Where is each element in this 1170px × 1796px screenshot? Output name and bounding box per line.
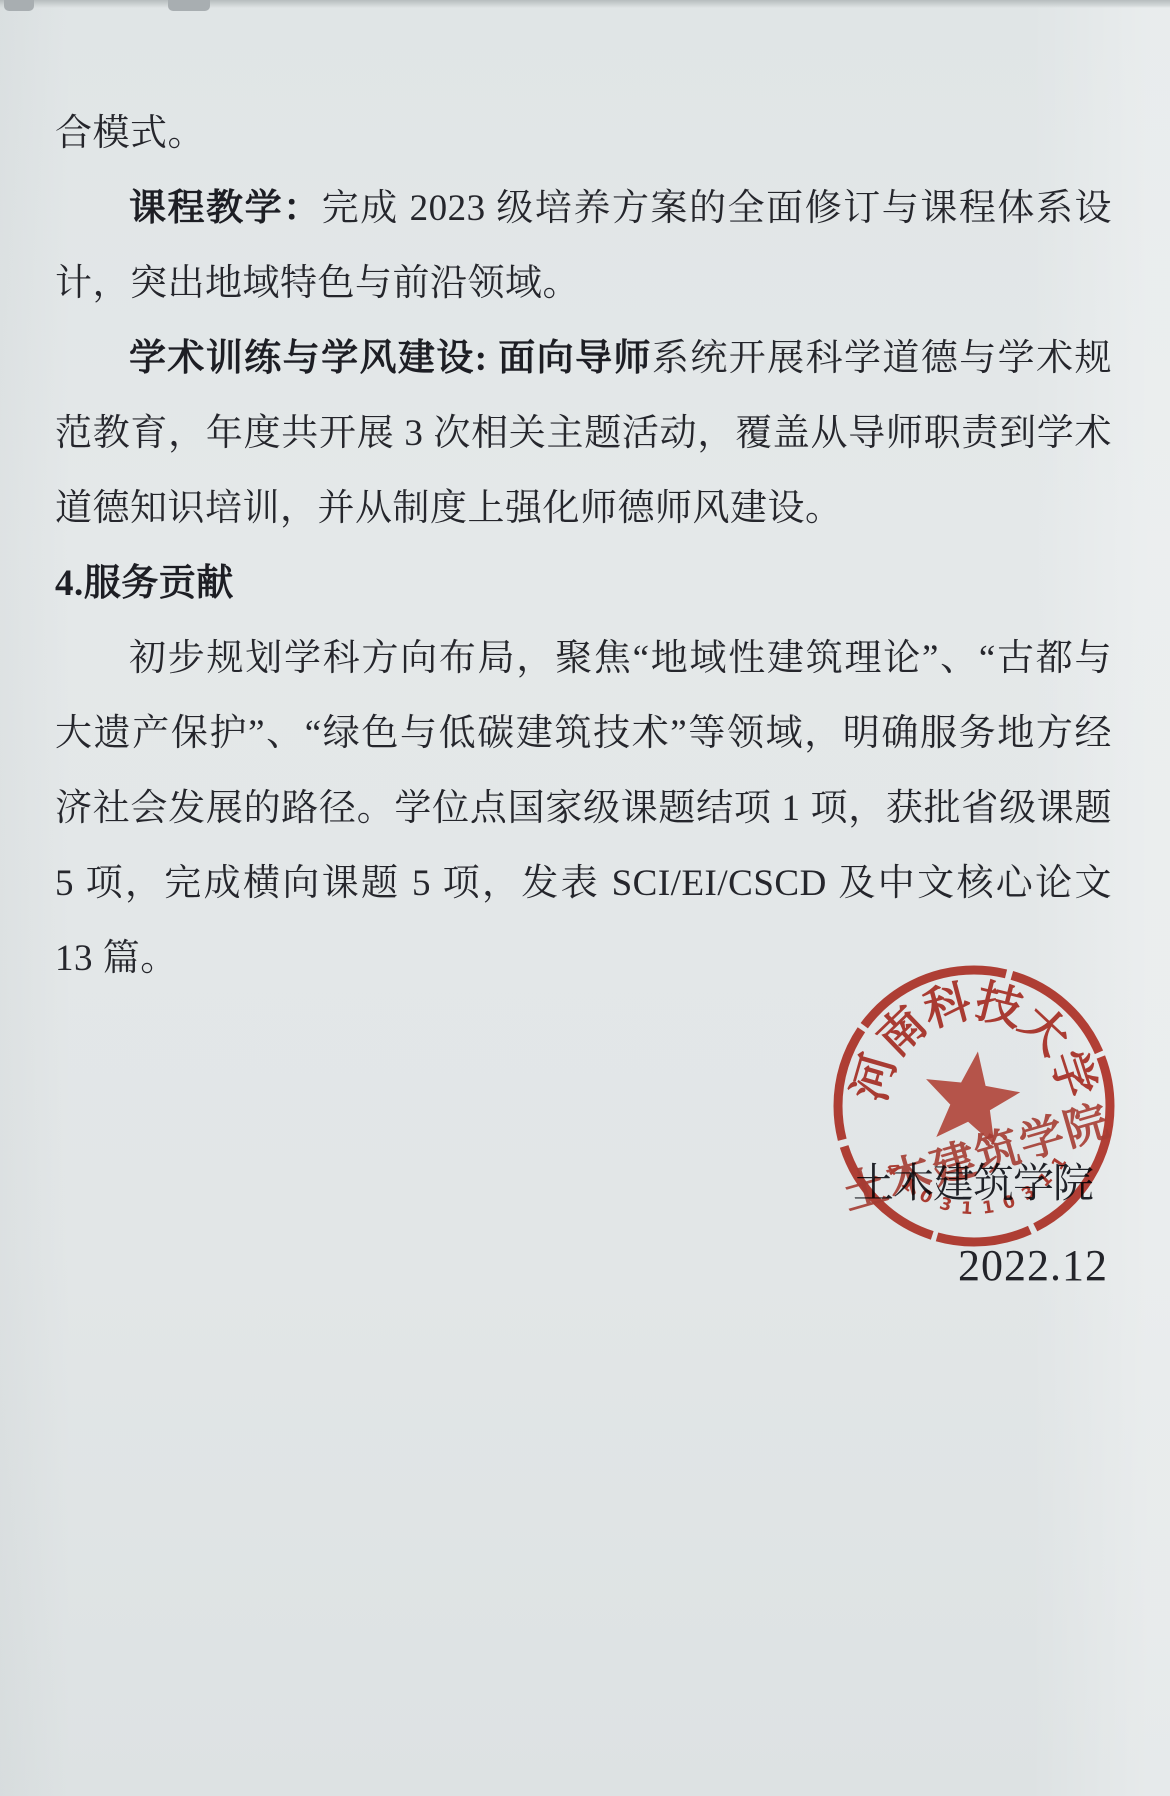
scan-edge-notch [168, 0, 210, 11]
text-run-bold: 4.服务贡献 [55, 563, 234, 604]
text-run-bold: 学术训练与学风建设: 面向导师 [129, 338, 652, 379]
paragraph: 4.服务贡献 [55, 546, 1112, 621]
paragraph: 课程教学：完成 2023 级培养方案的全面修订与课程体系设计，突出地域特色与前沿… [55, 171, 1112, 321]
seal-code-digit: 1 [981, 1197, 996, 1218]
scan-edge-notch [4, 0, 34, 11]
text-run: 初步规划学科方向布局，聚焦“地域性建筑理论”、“古都与大遗产保护”、“绿色与低碳… [55, 638, 1112, 979]
text-run-bold: 课程教学： [129, 188, 322, 229]
seal-code-digit: 3 [937, 1194, 954, 1216]
document-body: 合模式。课程教学：完成 2023 级培养方案的全面修订与课程体系设计，突出地域特… [55, 96, 1112, 996]
official-seal-stamp: 河南科技大学 土木建筑学院 4103110311 [828, 956, 1130, 1258]
paragraph: 学术训练与学风建设: 面向导师系统开展科学道德与学术规范教育，年度共开展 3 次… [55, 321, 1112, 546]
seal-code-digit: 0 [1000, 1191, 1018, 1214]
seal-code-digit: 1 [1034, 1169, 1056, 1192]
seal-code-digit: 3 [1018, 1182, 1039, 1205]
seal-code-digit: 1 [960, 1198, 973, 1219]
text-run: 合模式。 [55, 113, 205, 154]
paragraph: 初步规划学科方向布局，聚焦“地域性建筑理论”、“古都与大遗产保护”、“绿色与低碳… [55, 621, 1112, 996]
paragraph: 合模式。 [55, 96, 1112, 171]
scanned-document-page: 合模式。课程教学：完成 2023 级培养方案的全面修订与课程体系设计，突出地域特… [0, 0, 1170, 1796]
